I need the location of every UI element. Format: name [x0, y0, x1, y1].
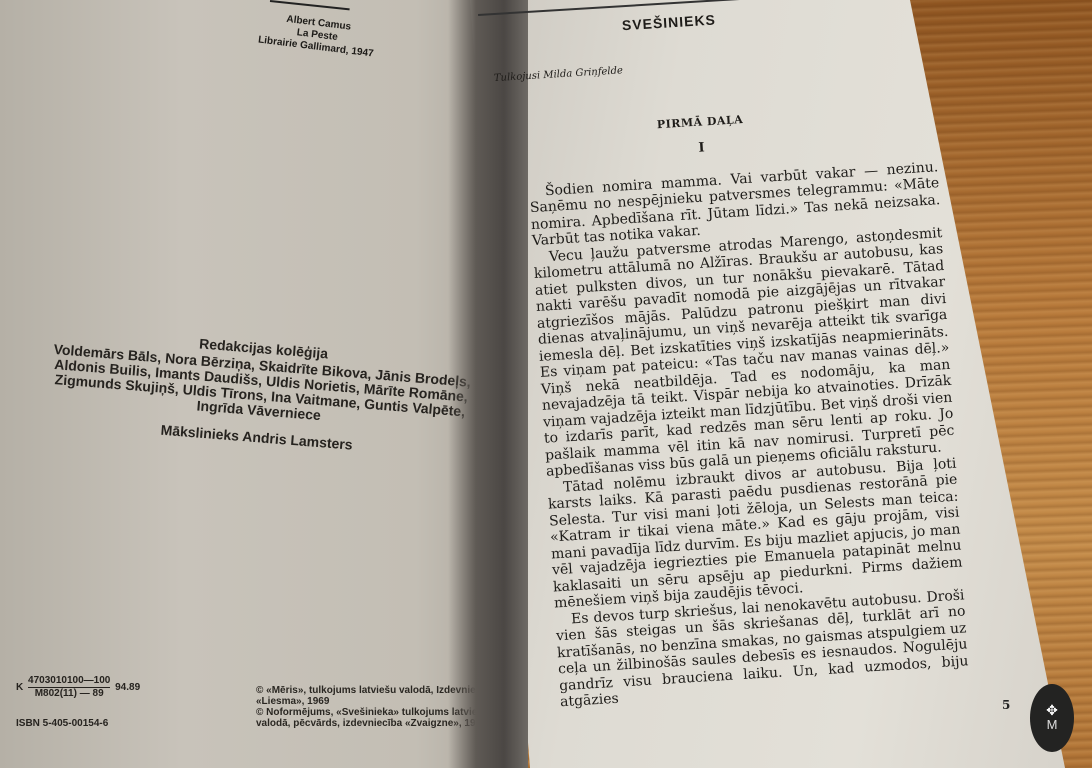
chapter-body: Šodien nomira mamma. Vai varbūt vakar — …	[528, 159, 969, 711]
bib-numerator: 4703010100—100	[28, 675, 110, 688]
right-page-content: SVEŠINIEKS Tulkojusi Milda Griņfelde PIR…	[478, 0, 960, 713]
page-number: 5	[1002, 698, 1010, 712]
bib-fraction: 4703010100—100 M802(11) — 89	[28, 675, 110, 700]
isbn: ISBN 5-405-00154-6	[16, 718, 140, 729]
bibliographic-code: K 4703010100—100 M802(11) — 89 94.89 ISB…	[16, 675, 140, 729]
top-rule	[270, 0, 350, 10]
watermark-badge: ✥ M	[1030, 684, 1074, 752]
bib-prefix: K	[16, 682, 23, 693]
diamond-flower-icon: ✥	[1046, 704, 1058, 718]
editorial-board: Redakcijas kolēģija Voldemārs Bāls, Nora…	[22, 322, 499, 464]
original-edition-info: Albert Camus La Peste Librairie Gallimar…	[236, 8, 399, 63]
paragraph: Tātad nolēmu izbraukt divos ar autobusu.…	[547, 455, 964, 612]
paragraph: Vecu ļaužu patversme atrodas Marengo, as…	[532, 225, 955, 481]
translator-credit: Tulkojusi Milda Griņfelde	[494, 47, 922, 84]
left-page: Albert Camus La Peste Librairie Gallimar…	[0, 0, 520, 768]
watermark-letter: M	[1047, 718, 1058, 732]
bib-suffix: 94.89	[115, 682, 140, 693]
bib-denominator: M802(11) — 89	[28, 688, 110, 700]
